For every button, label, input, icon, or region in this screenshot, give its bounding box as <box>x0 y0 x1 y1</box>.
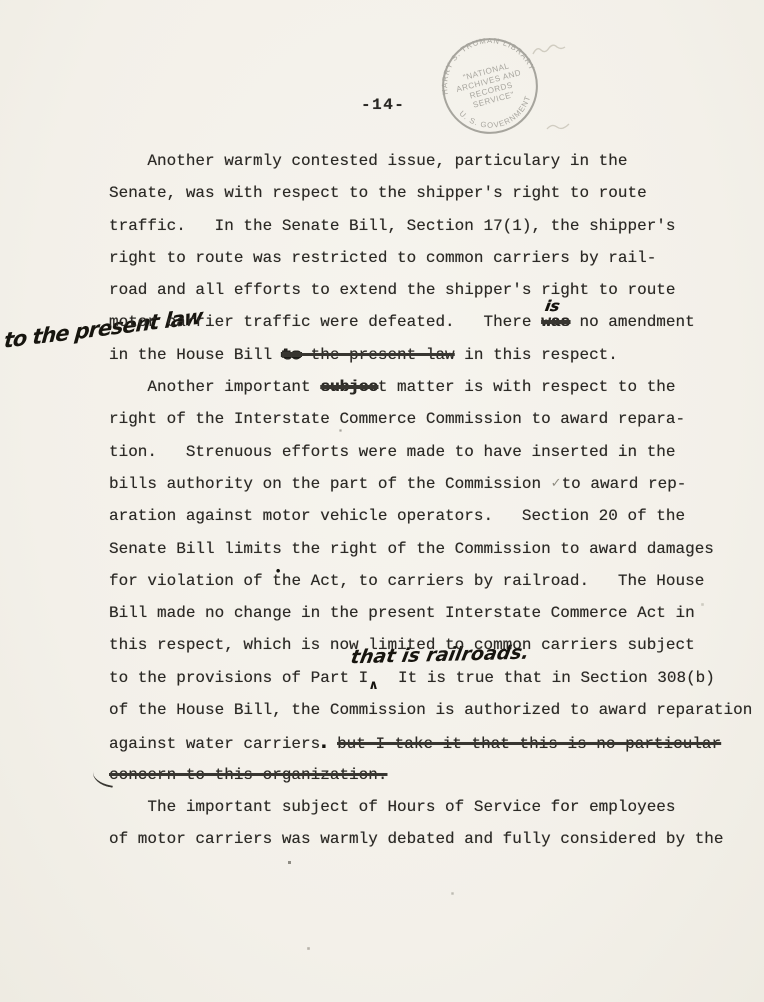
typed-line: to the provisions of Part I∧ It is true … <box>109 662 764 694</box>
typed-line: Senate, was with respect to the shipper'… <box>109 177 764 209</box>
typed-line: of the House Bill, the Commission is aut… <box>109 694 764 726</box>
struck-phrase-present-law: the present law <box>301 346 455 364</box>
typed-line: against water carriers. but I take it th… <box>109 726 764 758</box>
text-segment: in this respect. <box>455 346 618 364</box>
typed-line: The important subject of Hours of Servic… <box>109 791 764 823</box>
text-segment: t matter is with respect to the <box>378 378 676 396</box>
check-mark: ✓ <box>551 468 562 500</box>
typed-lines: Another warmly contested issue, particul… <box>109 145 764 856</box>
text-segment: this respect, which is now limited to co… <box>109 636 695 654</box>
typed-line: concern to this organization. <box>109 759 764 791</box>
text-segment: Another important <box>109 378 320 396</box>
pencil-mark <box>531 40 567 60</box>
struck-word-was: wasis <box>541 313 570 331</box>
text-segment: to award rep- <box>562 475 687 493</box>
scribbled-word-to: to <box>282 346 301 364</box>
text-segment: for violation of <box>109 572 272 590</box>
text-segment: Another warmly contested issue, particul… <box>109 152 627 170</box>
text-segment: of motor carriers was warmly debated and… <box>109 830 724 848</box>
text-segment: Senate Bill limits the right of the Comm… <box>109 540 714 558</box>
typed-line: this respect, which is now limited to co… <box>109 629 764 661</box>
text-segment: of the House Bill, the Commission is aut… <box>109 701 752 719</box>
text-segment: It is true that in Section 308(b) <box>379 669 715 687</box>
text-segment: to the provisions of Part I <box>109 669 368 687</box>
text-segment: right to route was restricted to common … <box>109 249 656 267</box>
text-segment: against water carriers <box>109 735 320 753</box>
pencil-mark <box>545 120 571 134</box>
typed-line: in the House Bill to the present law in … <box>109 339 764 371</box>
text-segment: no amendment <box>570 313 695 331</box>
typed-line: road and all efforts to extend the shipp… <box>109 274 764 306</box>
typed-line: right of the Interstate Commerce Commiss… <box>109 403 764 435</box>
archives-stamp: HARRY S. TRUMAN LIBRARY U. S. GOVERNMENT… <box>437 33 543 139</box>
text-segment: The important subject of Hours of Servic… <box>109 798 676 816</box>
typed-line: of motor carriers was warmly debated and… <box>109 823 764 855</box>
typed-line: for violation of the• Act, to carriers b… <box>109 565 764 597</box>
handwritten-correction-is: is <box>544 299 561 314</box>
text-segment: right of the Interstate Commerce Commiss… <box>109 410 685 428</box>
struck-phrase-but-i-take-it: but I take it that this is no particular <box>337 735 721 753</box>
text-segment: in the House Bill <box>109 346 282 364</box>
word-with-ink-dot: the• <box>272 572 301 590</box>
text-segment: aration against motor vehicle operators.… <box>109 507 685 525</box>
struck-phrase-concern: concern to this organization. <box>109 766 387 784</box>
ink-dot: • <box>274 565 282 578</box>
document-page: -14- HARRY S. TRUMAN LIBRARY U. S. GOVER… <box>0 0 764 1002</box>
typed-line: Another warmly contested issue, particul… <box>109 145 764 177</box>
text-segment: Senate, was with respect to the shipper'… <box>109 184 647 202</box>
text-segment: Act, to carriers by railroad. The House <box>301 572 704 590</box>
typed-line: Senate Bill limits the right of the Comm… <box>109 533 764 565</box>
insertion-caret: ∧ <box>368 678 379 693</box>
typed-line: tion. Strenuous efforts were made to hav… <box>109 436 764 468</box>
text-segment: Bill made no change in the present Inter… <box>109 604 695 622</box>
struck-word-subject: subjec <box>320 378 378 396</box>
text-segment: road and all efforts to extend the shipp… <box>109 281 676 299</box>
text-segment: tion. Strenuous efforts were made to hav… <box>109 443 676 461</box>
paper-specks <box>0 0 1 1</box>
page-number: -14- <box>361 96 405 114</box>
typed-line: traffic. In the Senate Bill, Section 17(… <box>109 210 764 242</box>
typed-line: Another important subject matter is with… <box>109 371 764 403</box>
text-segment: traffic. In the Senate Bill, Section 17(… <box>109 217 676 235</box>
text-segment: bills authority on the part of the Commi… <box>109 475 551 493</box>
typed-line: Bill made no change in the present Inter… <box>109 597 764 629</box>
typed-line: motor carrier traffic were defeated. The… <box>109 306 764 338</box>
typed-line: right to route was restricted to common … <box>109 242 764 274</box>
typed-line: bills authority on the part of the Commi… <box>109 468 764 500</box>
text-segment <box>327 735 337 753</box>
text-segment: motor carrier traffic were defeated. The… <box>109 313 541 331</box>
typed-line: aration against motor vehicle operators.… <box>109 500 764 532</box>
